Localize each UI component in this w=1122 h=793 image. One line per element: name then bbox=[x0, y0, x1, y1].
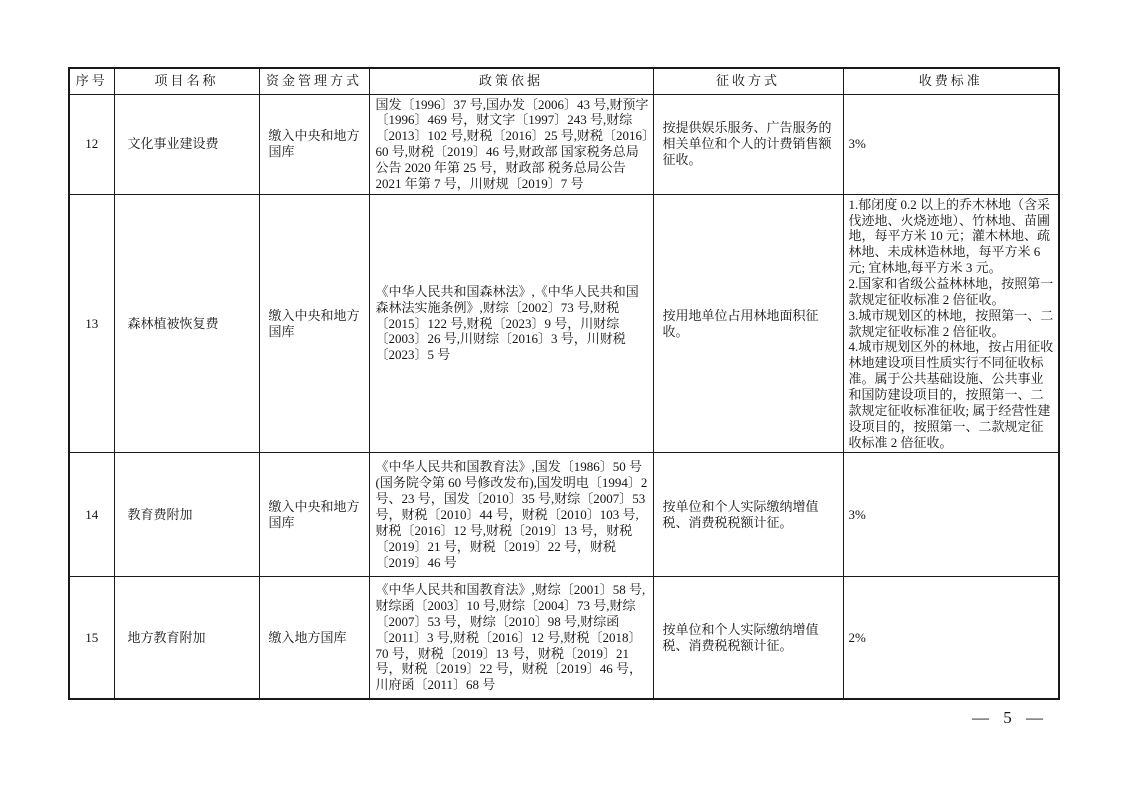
fund-management-cell: 缴入地方国库 bbox=[259, 577, 369, 699]
header-fee-standard: 收费标准 bbox=[843, 68, 1059, 94]
project-name-cell: 地方教育附加 bbox=[114, 577, 259, 699]
table-row: 12 文化事业建设费 缴入中央和地方国库 国发〔1996〕37 号,国办发〔20… bbox=[69, 94, 1059, 194]
project-name-cell: 森林植被恢复费 bbox=[114, 194, 259, 453]
header-fund-management: 资金管理方式 bbox=[259, 68, 369, 94]
table-header: 序号 项目名称 资金管理方式 政策依据 征收方式 收费标准 bbox=[69, 68, 1059, 94]
policy-basis-cell: 《中华人民共和国森林法》,《中华人民共和国森林法实施条例》,财综〔2002〕73… bbox=[369, 194, 653, 453]
header-project-name: 项目名称 bbox=[114, 68, 259, 94]
page-number: — 5 — bbox=[972, 708, 1048, 728]
fee-table: 序号 项目名称 资金管理方式 政策依据 征收方式 收费标准 12 文化事业建设费… bbox=[68, 67, 1060, 700]
project-name-cell: 教育费附加 bbox=[114, 453, 259, 577]
fee-standard-cell: 2% bbox=[843, 577, 1059, 699]
serial-cell: 15 bbox=[69, 577, 114, 699]
policy-basis-cell: 国发〔1996〕37 号,国办发〔2006〕43 号,财预字〔1996〕469 … bbox=[369, 94, 653, 194]
collection-method-cell: 按提供娱乐服务、广告服务的相关单位和个人的计费销售额征收。 bbox=[653, 94, 843, 194]
fee-standard-cell: 3% bbox=[843, 94, 1059, 194]
fund-management-cell: 缴入中央和地方国库 bbox=[259, 94, 369, 194]
policy-basis-cell: 《中华人民共和国教育法》,国发〔1986〕50 号(国务院令第 60 号修改发布… bbox=[369, 453, 653, 577]
serial-cell: 14 bbox=[69, 453, 114, 577]
table-body: 12 文化事业建设费 缴入中央和地方国库 国发〔1996〕37 号,国办发〔20… bbox=[69, 94, 1059, 699]
serial-cell: 12 bbox=[69, 94, 114, 194]
fee-standard-cell: 1.郁闭度 0.2 以上的乔木林地（含采伐迹地、火烧迹地）、竹林地、苗圃地，每平… bbox=[843, 194, 1059, 453]
header-serial-number: 序号 bbox=[69, 68, 114, 94]
collection-method-cell: 按用地单位占用林地面积征收。 bbox=[653, 194, 843, 453]
table-row: 13 森林植被恢复费 缴入中央和地方国库 《中华人民共和国森林法》,《中华人民共… bbox=[69, 194, 1059, 453]
table-row: 15 地方教育附加 缴入地方国库 《中华人民共和国教育法》,财综〔2001〕58… bbox=[69, 577, 1059, 699]
header-row: 序号 项目名称 资金管理方式 政策依据 征收方式 收费标准 bbox=[69, 68, 1059, 94]
header-collection-method: 征收方式 bbox=[653, 68, 843, 94]
table-row: 14 教育费附加 缴入中央和地方国库 《中华人民共和国教育法》,国发〔1986〕… bbox=[69, 453, 1059, 577]
document-page: 序号 项目名称 资金管理方式 政策依据 征收方式 收费标准 12 文化事业建设费… bbox=[0, 0, 1122, 793]
collection-method-cell: 按单位和个人实际缴纳增值税、消费税税额计征。 bbox=[653, 577, 843, 699]
project-name-cell: 文化事业建设费 bbox=[114, 94, 259, 194]
header-policy-basis: 政策依据 bbox=[369, 68, 653, 94]
fund-management-cell: 缴入中央和地方国库 bbox=[259, 453, 369, 577]
policy-basis-cell: 《中华人民共和国教育法》,财综〔2001〕58 号,财综函〔2003〕10 号,… bbox=[369, 577, 653, 699]
fee-standard-cell: 3% bbox=[843, 453, 1059, 577]
serial-cell: 13 bbox=[69, 194, 114, 453]
collection-method-cell: 按单位和个人实际缴纳增值税、消费税税额计征。 bbox=[653, 453, 843, 577]
fund-management-cell: 缴入中央和地方国库 bbox=[259, 194, 369, 453]
